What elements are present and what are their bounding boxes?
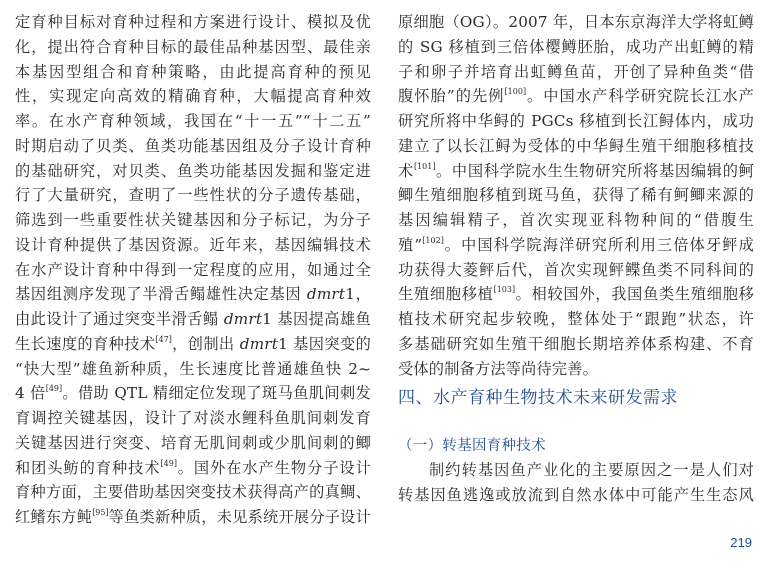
text-line: 受体的制备方法等尚待完善。 — [398, 357, 754, 381]
text-line: 筛选到一些重要性状关键基因和分子标记，为分子 — [15, 208, 371, 232]
text-line: 的 SG 移植到三倍体樱鳟胚胎，成功产出虹鳟的精 — [398, 35, 754, 59]
text-line: 率。在水产育种领域，我国在“十一五”“十二五” — [15, 109, 371, 133]
text-line: 化，提出符合育种目标的最佳品种基因型、最佳亲 — [15, 35, 371, 59]
text-line: 4 倍[49]。借助 QTL 精细定位发现了斑马鱼肌间刺发 — [15, 381, 371, 405]
text-line: 功获得大菱鲆后代，首次实现鲆鲽鱼类不同科间的 — [398, 258, 754, 282]
text-line: 和团头鲂的育种技术[49]。国外在水产生物分子设计 — [15, 456, 371, 480]
text-line: 多基础研究如生殖干细胞长期培养体系构建、不育 — [398, 332, 754, 356]
gene-name: dmrt — [307, 285, 345, 303]
text-line: 时期启动了贝类、鱼类功能基因组及分子设计育种 — [15, 134, 371, 158]
citation-ref[interactable]: [49] — [161, 459, 177, 468]
gene-name: dmrt — [240, 335, 278, 353]
citation-ref[interactable]: [103] — [494, 285, 516, 294]
citation-ref[interactable]: [95] — [92, 508, 108, 517]
text-line: 研究所将中华鲟的 PGCs 移植到长江鲟体内，成功 — [398, 109, 754, 133]
text-line: 由此设计了通过突变半滑舌鳎 dmrt1 基因提高雄鱼 — [15, 307, 371, 331]
text-line: 生长速度的育种技术[47]，创制出 dmrt1 基因突变的 — [15, 332, 371, 356]
text-line: 在水产设计育种中得到一定程度的应用，如通过全 — [15, 258, 371, 282]
text-line: 殖”[102]。中国科学院海洋研究所利用三倍体牙鲆成 — [398, 233, 754, 257]
text-line: 的基础研究，对贝类、鱼类功能基因发掘和鉴定进 — [15, 159, 371, 183]
text-line: 定育种目标对育种过程和方案进行设计、模拟及优 — [15, 10, 371, 34]
text-line: 生殖细胞移植[103]。相较国外，我国鱼类生殖细胞移 — [398, 282, 754, 306]
text-line: 鲫生殖细胞移植到斑马鱼，获得了稀有鲄鲫来源的 — [398, 183, 754, 207]
text-line: 植技术研究起步较晚，整体处于“跟跑”状态，许 — [398, 307, 754, 331]
text-line: 基因组测序发现了半滑舌鳎雄性决定基因 dmrt1， — [15, 282, 371, 306]
text-line: 本基因型组合和育种策略，由此提高育种的预见 — [15, 60, 371, 84]
citation-ref[interactable]: [101] — [414, 162, 436, 171]
text-line: 腹怀胎”的先例[100]。中国水产科学研究院长江水产 — [398, 84, 754, 108]
text-line: 育调控关键基因，设计了对淡水鲤科鱼肌间刺发育 — [15, 406, 371, 430]
text-line: 设计育种提供了基因资源。近年来，基因编辑技术 — [15, 233, 371, 257]
text-line: 制约转基因鱼产业化的主要原因之一是人们对 — [398, 458, 754, 482]
text-line: 原细胞（OG）。2007 年，日本东京海洋大学将虹鳟 — [398, 10, 754, 34]
citation-ref[interactable]: [49] — [46, 384, 62, 393]
text-line: 关键基因进行突变、培育无肌间刺或少肌间刺的鲫 — [15, 431, 371, 455]
page-number: 219 — [730, 535, 752, 550]
text-line: 术[101]。中国科学院水生生物研究所将基因编辑的鲄 — [398, 159, 754, 183]
text-line: 行了大量研究，查明了一些性状的分子遗传基础， — [15, 183, 371, 207]
text-line: 转基因鱼逃逸或放流到自然水体中可能产生生态风 — [398, 483, 754, 507]
citation-ref[interactable]: [100] — [505, 87, 527, 96]
text-line: 性，实现定向高效的精确育种，大幅提高育种效 — [15, 84, 371, 108]
citation-ref[interactable]: [47] — [155, 335, 171, 344]
subsection-heading: （一）转基因育种技术 — [398, 434, 546, 458]
text-line: 红鳍东方鲀[95]等鱼类新种质，未见系统开展分子设计 — [15, 505, 371, 529]
text-line: 建立了以长江鲟为受体的中华鲟生殖干细胞移植技 — [398, 134, 754, 158]
text-line: “快大型”雄鱼新种质，生长速度比普通雄鱼快 2~ — [15, 357, 371, 381]
text-line: 育种方面，主要借助基因突变技术获得高产的真鲷、 — [15, 480, 371, 504]
text-line: 基因编辑精子，首次实现亚科物种间的“借腹生 — [398, 208, 754, 232]
citation-ref[interactable]: [102] — [422, 236, 444, 245]
text-line: 子和卵子并培育出虹鳟鱼苗，开创了异种鱼类“借 — [398, 60, 754, 84]
section-heading: 四、水产育种生物技术未来研发需求 — [398, 386, 678, 410]
gene-name: dmrt — [224, 310, 262, 328]
